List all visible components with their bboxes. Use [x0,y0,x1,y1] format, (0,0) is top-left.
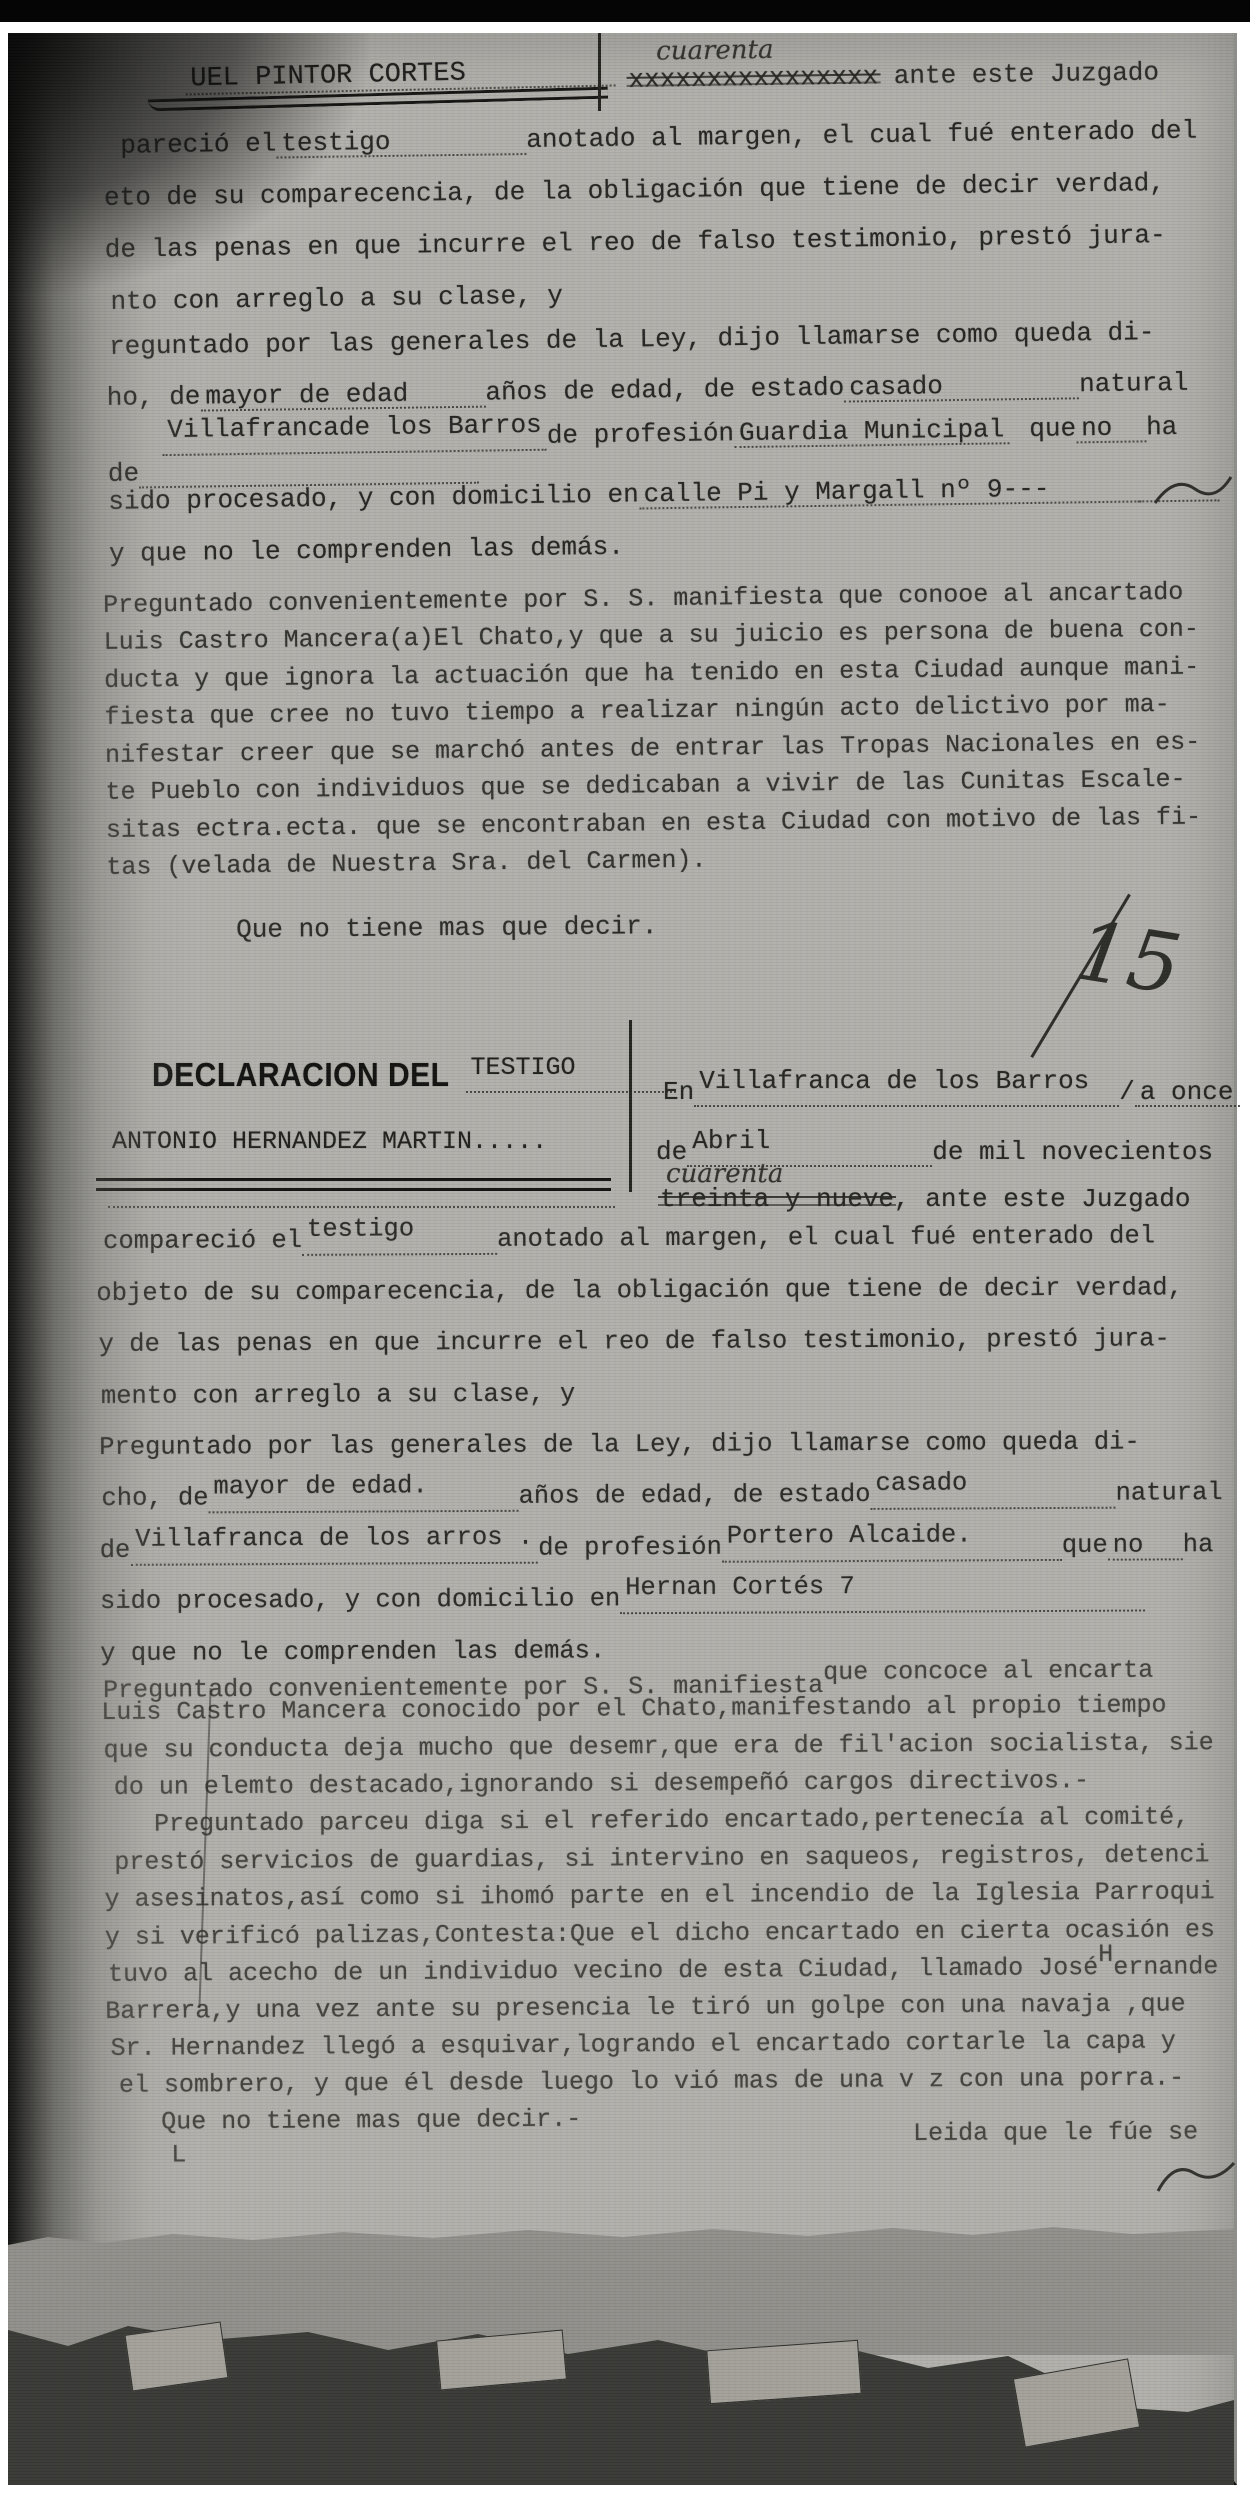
text-line: Villafrancade los Barros de profesiónGua… [162,414,1177,456]
text-segment: Preguntado parceu diga si el referido en… [154,1804,1189,1836]
text-line: mento con arreglo a su clase, y [101,1381,576,1409]
text-segment: calle Pi y Margall nº 9--- [639,474,1139,509]
text-line: treinta y nueve, ante este Juzgado [660,1186,1191,1212]
text-segment: te Pueblo con individuos que se dedicaba… [105,767,1185,805]
text-segment: ducta y que ignora la actuación que ha t… [104,655,1199,693]
text-segment: L [171,2142,186,2167]
text-segment: no [1108,1532,1183,1560]
text-line: tuvo al acecho de un individuo vecino de… [108,1954,1218,1987]
text-segment: Leida que le fúe se [913,2119,1198,2145]
text-segment: años de edad, de estado [519,1482,871,1509]
text-segment: ha [1183,1532,1214,1558]
text-segment: mayor de edad [200,380,485,412]
text-segment: fiesta que cree no tuvo tiempo a realiza… [104,692,1169,730]
text-segment: mento con arreglo a su clase, y [101,1381,576,1409]
text-line: tas (velada de Nuestra Sra. del Carmen). [106,848,706,880]
text-line: cuarenta [656,37,774,66]
text-segment: y si verificó palizas,Contesta:Que el di… [105,1917,1215,1950]
text-segment: que [1029,415,1076,442]
text-segment: H [1098,1955,1113,1980]
text-segment: prestó servicios de guardias, si intervi… [114,1842,1209,1875]
text-segment: de las penas en que incurre el reo de fa… [105,222,1166,263]
text-segment: el sombrero, y que él desde luego lo vió… [119,2065,1184,2097]
text-line: do un elemto destacado,ignorando si dese… [114,1768,1089,1800]
scan-top-frame-bar [0,0,1250,22]
text-line: prestó servicios de guardias, si intervi… [114,1842,1209,1875]
text-line: objeto de su comparecencia, de la obliga… [96,1275,1183,1306]
text-line: En Villafranca de los Barros/a once [663,1079,1240,1107]
text-segment: Que no tiene mas que decir. [236,913,657,943]
text-segment: xxxxxxxxxxxxxxxx [628,63,878,92]
text-segment: cuarenta [656,37,774,65]
margin-box-second-right-line [629,1020,632,1192]
text-segment: mayor de edad. [209,1484,519,1513]
text-segment: nto con arreglo a su clase, y [110,282,563,314]
text-line: Sr. Hernandez llegó a esquivar,logrando … [111,2028,1176,2060]
text-line: xxxxxxxxxxxxxxxx ante este Juzgado [628,59,1159,92]
text-segment: Que no tiene mas que decir.- [161,2107,581,2135]
text-segment: reguntado por las generales de la Ley, d… [109,319,1155,360]
text-segment: natural [1115,1480,1222,1506]
text-segment: Sr. Hernandez llegó a esquivar,logrando … [111,2028,1176,2060]
text-line: y que no le comprenden las demás. [109,534,624,567]
text-segment: testigo [276,127,526,158]
paper-fragment [706,2340,861,2404]
text-line: Que no tiene mas que decir.- [161,2107,581,2135]
text-line: ho, de mayor de edad años de edad, de es… [107,370,1189,413]
text-segment: do un elemto destacado,ignorando si dese… [114,1768,1089,1800]
text-segment: Villafranca de los arros . [130,1536,538,1566]
text-line: y asesinatos,así como si ihomó parte en … [105,1879,1215,1912]
text-line: sido procesado, y con domicilio en Herna… [100,1583,1145,1616]
text-segment: y que no le comprenden las demás. [100,1638,605,1666]
text-segment: de [108,460,140,486]
pen-squiggle-mark-bottom [1156,2153,1236,2199]
text-line: ducta y que ignora la actuación que ha t… [104,655,1199,693]
text-segment: DECLARACION DEL [152,1059,450,1093]
text-segment: cho, de [101,1485,208,1511]
text-line: nto con arreglo a su clase, y [110,282,563,314]
text-line: compareció el testigo anotado al margen,… [103,1223,1155,1256]
text-segment: y que no le comprenden las demás. [109,534,624,567]
text-line: Barrera,y una vez ante su presencia le t… [105,1991,1185,2024]
text-line: L [171,2142,186,2167]
text-segment: de profesión [547,420,735,449]
page-number-text: 15 [1069,903,1187,1013]
text-segment: Hernan Cortés 7 [620,1583,1145,1613]
text-segment: Barrera,y una vez ante su presencia le t… [105,1991,1185,2024]
text-line: sitas ectra.ecta. que se encontraban en … [106,805,1201,843]
text-segment: casado [844,371,1079,402]
margin-box-second-bottom-rule [96,1178,611,1191]
text-line: y de las penas en que incurre el reo de … [99,1326,1170,1357]
text-line: nifestar creer que se marchó antes de en… [105,730,1200,768]
text-line: y que no le comprenden las demás. [100,1638,605,1666]
text-line: deVillafranca de los arros . de profesió… [100,1532,1214,1565]
text-segment: sitas ectra.ecta. que se encontraban en … [106,805,1201,843]
text-segment: nifestar creer que se marchó antes de en… [105,730,1200,768]
document-photo: UEL PINTOR CORTEScuarentaxxxxxxxxxxxxxxx… [8,33,1237,2485]
text-segment: que su conducta deja mucho que desemr,qu… [103,1730,1213,1763]
text-segment: y asesinatos,así como si ihomó parte en … [105,1879,1215,1912]
text-line: Preguntado parceu diga si el referido en… [154,1804,1189,1836]
margin-box-first-right-line [598,33,601,111]
text-line: Luis Castro Mancera(a)El Chato,y que a s… [104,617,1199,655]
text-segment: anotado al margen, el cual fué enterado … [497,1223,1155,1252]
text-segment: treinta y nueve [660,1186,894,1212]
text-segment: casado [870,1481,1115,1510]
text-segment: objeto de su comparecencia, de la obliga… [96,1275,1183,1306]
text-line: reguntado por las generales de la Ley, d… [109,319,1155,360]
text-line: cho, demayor de edad.años de edad, de es… [101,1480,1222,1513]
text-segment: testigo [302,1227,497,1256]
text-line: Preguntado convenientemente por S. S. ma… [103,580,1183,618]
text-line: pareció eltestigo anotado al margen, el … [120,118,1197,161]
text-line: Leida que le fúe se [913,2119,1198,2145]
text-segment: Preguntado por las generales de la Ley, … [99,1430,1140,1461]
text-segment: Guardia Municipal [734,416,1010,448]
text-segment: Luis Castro Mancera conocido por el Chat… [101,1693,1166,1725]
text-segment: Villafranca de los Barros [694,1079,1119,1107]
text-segment: ANTONIO HERNANDEZ MARTIN..... [112,1129,547,1154]
text-segment: , ante este Juzgado [894,1186,1190,1212]
text-line: el sombrero, y que él desde luego lo vió… [119,2065,1184,2097]
text-line: Luis Castro Mancera conocido por el Chat… [101,1693,1166,1725]
text-segment: de [100,1538,131,1564]
text-segment [1009,416,1029,442]
text-segment: ante este Juzgado [894,59,1160,89]
text-segment [878,63,894,89]
text-segment: / [1119,1079,1135,1105]
text-segment: que [1062,1533,1108,1559]
text-segment: Luis Castro Mancera(a)El Chato,y que a s… [104,617,1199,655]
text-line: de las penas en que incurre el reo de fa… [105,222,1166,263]
text-segment: a once [1135,1079,1240,1107]
text-segment: tas (velada de Nuestra Sra. del Carmen). [106,848,706,880]
text-segment: pareció el [120,130,276,158]
text-segment: de profesión [538,1535,722,1561]
text-line: te Pueblo con individuos que se dedicaba… [105,767,1185,805]
text-line: eto de su comparecencia, de la obligació… [104,170,1165,211]
text-segment: En [663,1079,694,1105]
pen-squiggle-mark [1153,471,1233,511]
text-segment: compareció el [103,1228,302,1255]
text-segment: y de las penas en que incurre el reo de … [99,1326,1170,1357]
text-segment: sido procesado, y con domicilio en [100,1586,620,1614]
text-line: y si verificó palizas,Contesta:Que el di… [105,1917,1215,1950]
text-segment [450,1066,466,1091]
text-segment: Preguntado convenientemente por S. S. ma… [103,580,1183,618]
text-segment: no [1076,414,1146,443]
text-line: ANTONIO HERNANDEZ MARTIN..... [112,1129,547,1154]
text-segment: ho, de [107,384,201,411]
page-number-handwritten: 15 [1069,903,1187,1013]
text-line: Preguntado por las generales de la Ley, … [99,1430,1140,1461]
text-line: DECLARACION DEL TESTIGO [152,1061,676,1093]
text-segment: Villafrancade los Barros [162,423,547,456]
text-segment: TESTIGO [466,1066,676,1093]
text-segment: sido procesado, y con domicilio en [108,481,639,514]
text-segment: años de edad, de estado [485,375,844,406]
text-segment: tuvo al acecho de un individuo vecino de… [108,1955,1098,1987]
text-segment: natural [1079,370,1189,398]
text-line: Que no tiene mas que decir. [236,913,657,943]
text-segment: ernande [1113,1954,1218,1980]
text-line: fiesta que cree no tuvo tiempo a realiza… [104,692,1169,730]
text-segment: anotado al margen, el cual fué enterado … [526,118,1197,153]
text-segment: eto de su comparecencia, de la obligació… [104,170,1165,211]
text-segment: Portero Alcaide. [722,1533,1062,1562]
text-segment: de mil novecientos [932,1139,1213,1165]
text-line: que su conducta deja mucho que desemr,qu… [103,1730,1213,1763]
text-segment: ha [1146,414,1178,440]
